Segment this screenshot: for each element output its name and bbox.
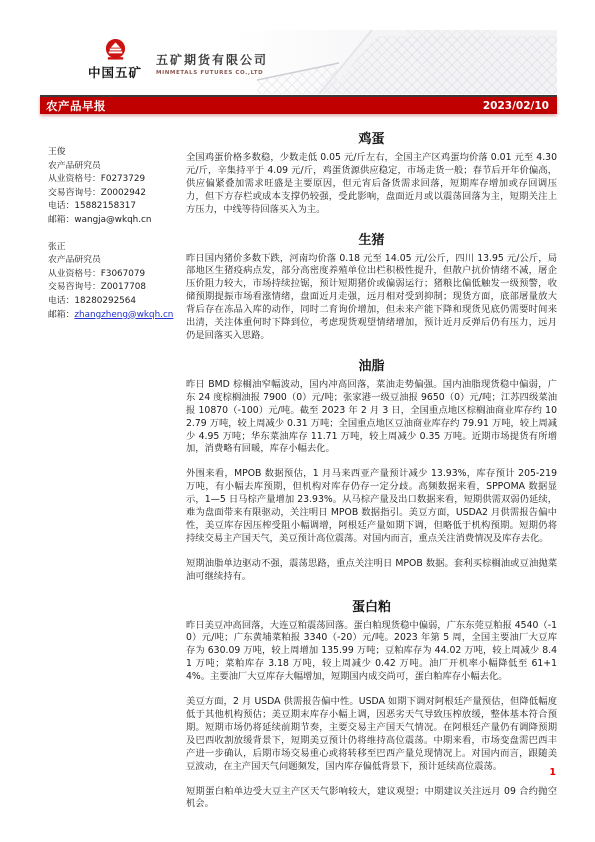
section-paragraph: 短期油脂单边驱动不强，震荡思路，重点关注明日 MPOB 数据。套利买棕榈油或豆油… — [186, 558, 557, 584]
section-paragraph: 美豆方面，2 月 USDA 供需报告偏中性。USDA 如期下调对阿根廷产量预估，… — [186, 696, 557, 773]
email-value: wangja@wkqh.cn — [74, 215, 151, 225]
email-link[interactable]: zhangzheng@wkqh.cn — [74, 310, 173, 320]
report-body: 鸡蛋 全国鸡蛋价格多数稳，少数走低 0.05 元/斤左右，全国主产区鸡蛋均价落 … — [186, 126, 557, 823]
advisory-label: 交易咨询号： — [48, 282, 101, 292]
page-number: 1 — [549, 767, 556, 778]
section-paragraph: 短期蛋白粕单边受大豆主产区天气影响较大，建议观望；中期建议关注远月 09 合约抛… — [186, 786, 557, 812]
analyst-name: 张正 — [48, 241, 182, 255]
qualification-label: 从业资格号： — [48, 174, 101, 184]
analyst-advisory-no: 交易咨询号：Z0002942 — [48, 187, 182, 201]
email-label: 邮箱： — [48, 310, 74, 320]
brand-block: 中国五矿 五矿期货有限公司 MINMETALS FUTURES CO.,LTD — [84, 38, 268, 81]
analyst-email: 邮箱：zhangzheng@wkqh.cn — [48, 309, 182, 323]
phone-label: 电话： — [48, 201, 74, 211]
analyst-qualification-no: 从业资格号：F0273729 — [48, 173, 182, 187]
section-paragraph: 外围来看，MPOB 数据预估，1 月马来西亚产量预计减少 13.93%，库存预计… — [186, 468, 557, 545]
section-title-eggs: 鸡蛋 — [186, 128, 557, 147]
analyst-card: 张正 农产品研究员 从业资格号：F3067079 交易咨询号：Z0017708 … — [48, 241, 182, 323]
qualification-value: F0273729 — [101, 174, 145, 184]
section-title-protein-meal: 蛋白粕 — [186, 596, 557, 615]
report-date: 2023/02/10 — [483, 100, 549, 112]
analyst-sidebar: 王俊 农产品研究员 从业资格号：F0273729 交易咨询号：Z0002942 … — [48, 146, 182, 335]
company-name: 五矿期货有限公司 — [156, 51, 268, 68]
section-paragraph: 全国鸡蛋价格多数稳，少数走低 0.05 元/斤左右，全国主产区鸡蛋均价落 0.0… — [186, 152, 557, 217]
analyst-phone: 电话：18280292564 — [48, 295, 182, 309]
advisory-value: Z0017708 — [101, 282, 146, 292]
analyst-phone: 电话：15882158317 — [48, 200, 182, 214]
company-name-en: MINMETALS FUTURES CO.,LTD — [156, 70, 268, 76]
qualification-label: 从业资格号： — [48, 269, 101, 279]
analyst-qualification-no: 从业资格号：F3067079 — [48, 268, 182, 282]
analyst-title: 农产品研究员 — [48, 254, 182, 268]
report-header: 中国五矿 五矿期货有限公司 MINMETALS FUTURES CO.,LTD — [40, 30, 557, 94]
qualification-value: F3067079 — [101, 269, 145, 279]
analyst-advisory-no: 交易咨询号：Z0017708 — [48, 281, 182, 295]
advisory-label: 交易咨询号： — [48, 188, 101, 198]
minmetals-logo-icon — [104, 38, 127, 61]
section-paragraph: 昨日美豆冲高回落，大连豆粕震荡回落。蛋白粕现货稳中偏弱，广东东莞豆粕报 4540… — [186, 620, 557, 685]
phone-value: 15882158317 — [74, 201, 136, 211]
building-watermark-image — [257, 30, 557, 94]
section-title-hogs: 生猪 — [186, 229, 557, 248]
section-title-oils: 油脂 — [186, 355, 557, 374]
phone-value: 18280292564 — [74, 296, 136, 306]
advisory-value: Z0002942 — [101, 188, 146, 198]
analyst-title: 农产品研究员 — [48, 160, 182, 174]
email-label: 邮箱： — [48, 215, 74, 225]
analyst-card: 王俊 农产品研究员 从业资格号：F0273729 交易咨询号：Z0002942 … — [48, 146, 182, 228]
report-banner: 农产品早报 2023/02/10 — [40, 95, 557, 114]
report-title: 农产品早报 — [46, 98, 106, 114]
phone-label: 电话： — [48, 296, 74, 306]
logo-text: 中国五矿 — [88, 63, 142, 81]
analyst-name: 王俊 — [48, 146, 182, 160]
analyst-email: 邮箱：wangja@wkqh.cn — [48, 214, 182, 228]
section-paragraph: 昨日国内猪价多数下跌，河南均价落 0.18 元至 14.05 元/公斤，四川 1… — [186, 253, 557, 343]
section-paragraph: 昨日 BMD 棕榈油窄幅波动，国内冲高回落，菜油走势偏强。国内油脂现货稳中偏弱，… — [186, 379, 557, 456]
